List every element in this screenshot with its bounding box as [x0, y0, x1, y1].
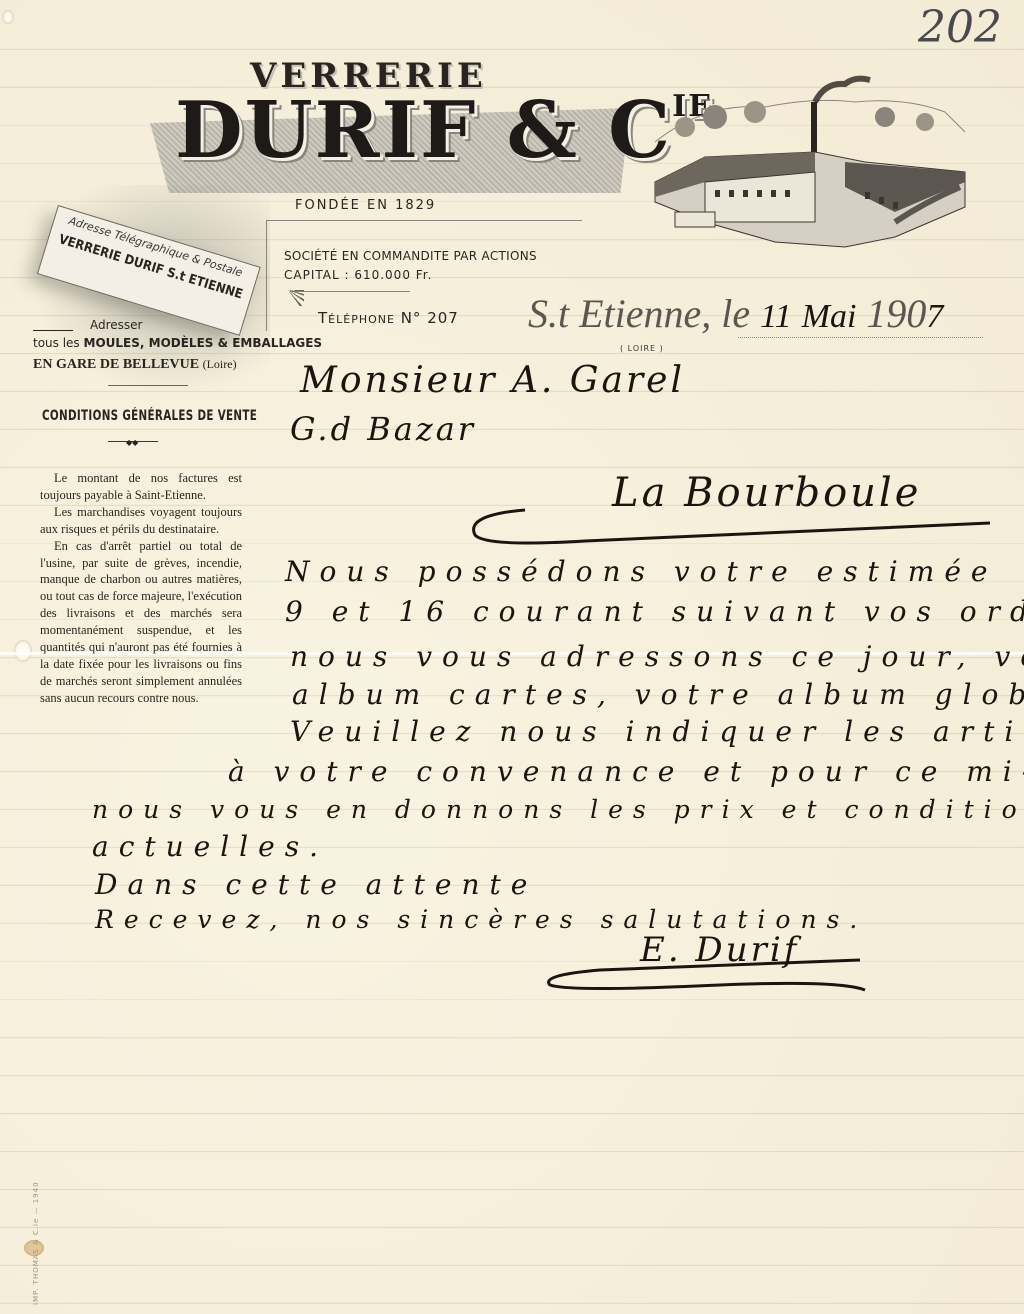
- company-type: SOCIÉTÉ EN COMMANDITE PAR ACTIONS: [284, 249, 537, 263]
- recipient-address: G.d Bazar: [290, 410, 476, 448]
- shipping-line-2: tous les MOULES, MODÈLES & EMBALLAGES: [33, 336, 322, 350]
- condition-paragraph: Le montant de nos factures est toujours …: [40, 470, 242, 504]
- dateline-year-printed: 190: [866, 291, 926, 336]
- founded-line: FONDÉE EN 1829: [295, 198, 436, 213]
- dateline-month: Mai: [802, 298, 857, 335]
- shipping-rule: [33, 330, 73, 331]
- letter-line: album cartes, votre album globe.: [292, 678, 1024, 711]
- shipping-line-1: Adresser: [90, 318, 143, 332]
- company-name: DURIF & CIE: [175, 92, 713, 170]
- ornament-diamond-icon: ◆◆: [126, 438, 138, 447]
- printer-mark: IMP. THOMAS & C.ie — 1940: [32, 1181, 40, 1305]
- dateline: S.t Etienne, le 11 Mai 1907: [528, 290, 943, 337]
- recipient-name: Monsieur A. Garel: [300, 360, 685, 401]
- letter-line: actuelles.: [92, 830, 328, 863]
- condition-paragraph: En cas d'arrêt partiel ou total de l'usi…: [40, 538, 242, 707]
- dateline-region: ( LOIRE ): [620, 344, 664, 353]
- letter-line: nous vous adressons ce jour, votre: [290, 640, 1024, 673]
- shipping-region: (Loire): [203, 357, 237, 371]
- punch-hole: [2, 10, 14, 24]
- punch-hole: [14, 640, 32, 662]
- company-capital: CAPITAL : 610.000 Fr.: [284, 268, 432, 282]
- sunburst-ornament-icon: [288, 290, 304, 306]
- factory-illustration: [645, 72, 985, 272]
- letter-line: 9 et 16 courant suivant vos ordres: [285, 595, 1024, 628]
- letter-line: à votre convenance et pour ce mi-: [228, 755, 1024, 788]
- condition-paragraph: Les marchandises voyagent toujours aux r…: [40, 504, 242, 538]
- conditions-title: CONDITIONS GÉNÉRALES DE VENTE: [42, 408, 257, 424]
- telephone-rule: [290, 291, 410, 292]
- conditions-top-rule: [108, 385, 188, 386]
- letter-line: Dans cette attente: [95, 868, 537, 901]
- city-flourish: [465, 505, 995, 550]
- page-number: 202: [918, 2, 1002, 53]
- shipping-items: MOULES, MODÈLES & EMBALLAGES: [84, 336, 323, 350]
- dateline-day: 11: [760, 298, 791, 335]
- dateline-dotted-rule: [738, 337, 983, 338]
- shipping-station: EN GARE DE BELLEVUE: [33, 357, 199, 372]
- letter-line: Nous possédons votre estimée: [285, 555, 997, 588]
- company-name-text: DURIF & C: [175, 85, 672, 176]
- dateline-year-handwritten: 7: [926, 298, 943, 335]
- letter-line: Veuillez nous indiquer les articles: [290, 715, 1024, 748]
- telephone-number: Téléphone N° 207: [318, 309, 459, 327]
- shipping-line-3: EN GARE DE BELLEVUE (Loire): [33, 357, 237, 373]
- shipping-prefix: tous les: [33, 336, 80, 350]
- conditions-body: Le montant de nos factures est toujours …: [40, 470, 242, 707]
- signature-flourish: [540, 930, 870, 1000]
- letter-line: nous vous en donnons les prix et conditi…: [92, 795, 1024, 824]
- dateline-place: S.t Etienne, le: [528, 291, 750, 336]
